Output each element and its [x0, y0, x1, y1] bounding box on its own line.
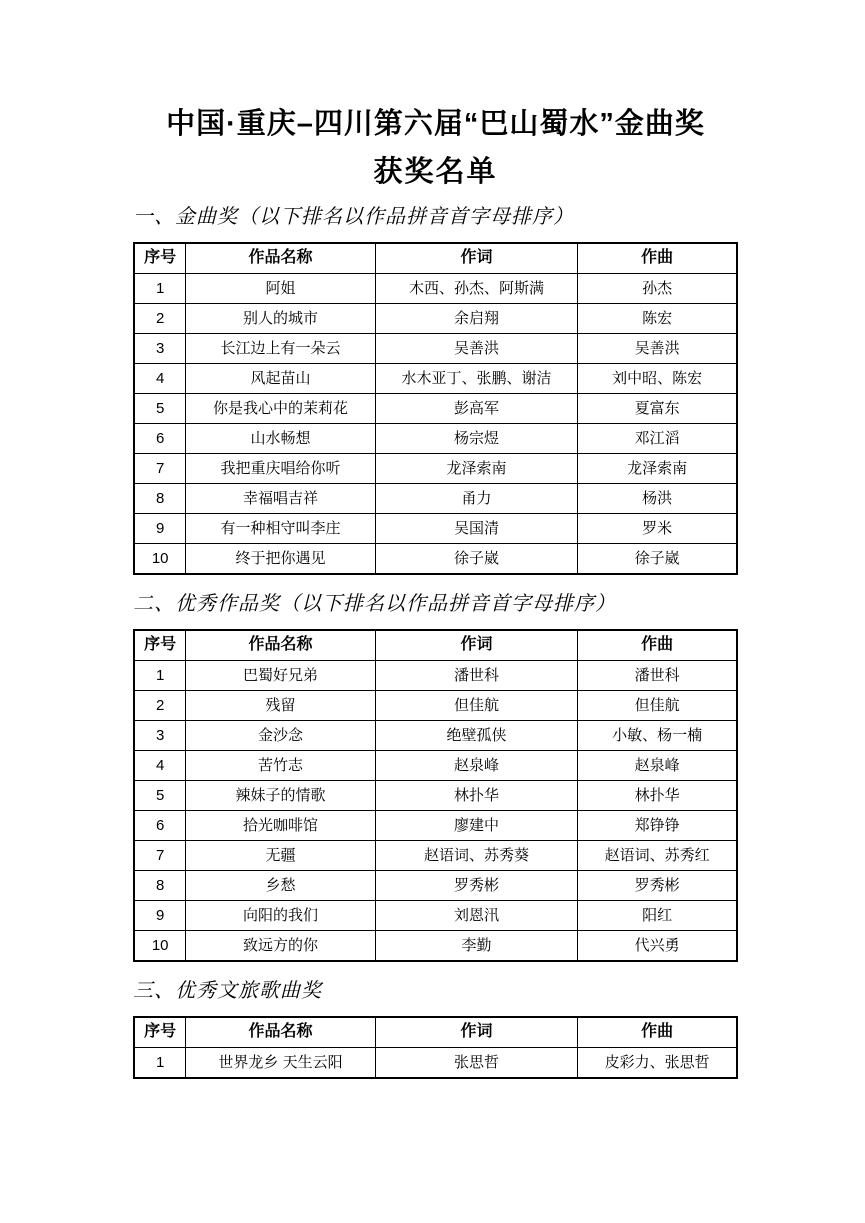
table-cell: 赵语词、苏秀葵	[375, 841, 578, 871]
table-cell: 8	[134, 484, 186, 514]
table-cell: 9	[134, 901, 186, 931]
award-table: 序号作品名称作词作曲 1世界龙乡 天生云阳张思哲皮彩力、张思哲	[133, 1016, 738, 1079]
table-cell: 罗秀彬	[578, 871, 737, 901]
table-cell: 2	[134, 304, 186, 334]
table-cell: 罗秀彬	[375, 871, 578, 901]
table-cell: 长江边上有一朵云	[186, 334, 375, 364]
table-row: 5辣妹子的情歌林扑华林扑华	[134, 781, 737, 811]
table-body: 1巴蜀好兄弟潘世科潘世科2残留但佳航但佳航3金沙念绝壁孤侠小敏、杨一楠4苦竹志赵…	[134, 661, 737, 962]
table-cell: 9	[134, 514, 186, 544]
table-row: 6山水畅想杨宗煜邓江滔	[134, 424, 737, 454]
table-row: 2别人的城市余启翔陈宏	[134, 304, 737, 334]
table-header-cell: 作词	[375, 630, 578, 661]
document-page: 中国·重庆–四川第六届“巴山蜀水”金曲奖 获奖名单 一、金曲奖（以下排名以作品拼…	[0, 0, 865, 1223]
table-cell: 罗米	[578, 514, 737, 544]
section-heading: 一、金曲奖（以下排名以作品拼音首字母排序）	[133, 204, 738, 230]
table-cell: 杨宗煜	[375, 424, 578, 454]
table-cell: 小敏、杨一楠	[578, 721, 737, 751]
award-section: 二、优秀作品奖（以下排名以作品拼音首字母排序） 序号作品名称作词作曲 1巴蜀好兄…	[133, 591, 738, 962]
table-cell: 潘世科	[578, 661, 737, 691]
table-cell: 徐子崴	[578, 544, 737, 575]
table-cell: 林扑华	[375, 781, 578, 811]
table-cell: 吴国清	[375, 514, 578, 544]
table-cell: 你是我心中的茉莉花	[186, 394, 375, 424]
table-header-cell: 作品名称	[186, 630, 375, 661]
table-header-cell: 作品名称	[186, 243, 375, 274]
table-cell: 1	[134, 661, 186, 691]
document-title-line1: 中国·重庆–四川第六届“巴山蜀水”金曲奖	[133, 108, 738, 140]
table-cell: 阳红	[578, 901, 737, 931]
table-row: 7我把重庆唱给你听龙泽索南龙泽索南	[134, 454, 737, 484]
table-cell: 赵语词、苏秀红	[578, 841, 737, 871]
table-cell: 辣妹子的情歌	[186, 781, 375, 811]
table-cell: 幸福唱吉祥	[186, 484, 375, 514]
table-cell: 1	[134, 1048, 186, 1079]
award-table: 序号作品名称作词作曲 1阿姐木西、孙杰、阿斯满孙杰2别人的城市余启翔陈宏3长江边…	[133, 242, 738, 575]
table-cell: 10	[134, 544, 186, 575]
document-title-line2: 获奖名单	[133, 156, 738, 188]
table-row: 1阿姐木西、孙杰、阿斯满孙杰	[134, 274, 737, 304]
table-cell: 余启翔	[375, 304, 578, 334]
table-cell: 乡愁	[186, 871, 375, 901]
table-cell: 无疆	[186, 841, 375, 871]
table-cell: 郑铮铮	[578, 811, 737, 841]
table-cell: 林扑华	[578, 781, 737, 811]
table-row: 3长江边上有一朵云吴善洪吴善洪	[134, 334, 737, 364]
table-cell: 龙泽索南	[578, 454, 737, 484]
table-row: 9向阳的我们刘恩汛阳红	[134, 901, 737, 931]
table-cell: 世界龙乡 天生云阳	[186, 1048, 375, 1079]
table-cell: 拾光咖啡馆	[186, 811, 375, 841]
table-cell: 风起苗山	[186, 364, 375, 394]
award-section: 三、优秀文旅歌曲奖 序号作品名称作词作曲 1世界龙乡 天生云阳张思哲皮彩力、张思…	[133, 978, 738, 1079]
table-cell: 山水畅想	[186, 424, 375, 454]
table-row: 4风起苗山水木亚丁、张鹏、谢洁刘中昭、陈宏	[134, 364, 737, 394]
table-cell: 致远方的你	[186, 931, 375, 962]
table-header-row: 序号作品名称作词作曲	[134, 243, 737, 274]
table-cell: 5	[134, 394, 186, 424]
table-cell: 刘恩汛	[375, 901, 578, 931]
table-cell: 8	[134, 871, 186, 901]
table-cell: 皮彩力、张思哲	[578, 1048, 737, 1079]
table-cell: 别人的城市	[186, 304, 375, 334]
table-cell: 甬力	[375, 484, 578, 514]
table-cell: 邓江滔	[578, 424, 737, 454]
table-header-cell: 作曲	[578, 1017, 737, 1048]
table-cell: 残留	[186, 691, 375, 721]
table-cell: 绝壁孤侠	[375, 721, 578, 751]
table-cell: 终于把你遇见	[186, 544, 375, 575]
table-header-row: 序号作品名称作词作曲	[134, 630, 737, 661]
table-cell: 吴善洪	[578, 334, 737, 364]
table-row: 10致远方的你李勤代兴勇	[134, 931, 737, 962]
table-row: 2残留但佳航但佳航	[134, 691, 737, 721]
table-row: 1巴蜀好兄弟潘世科潘世科	[134, 661, 737, 691]
table-cell: 4	[134, 751, 186, 781]
table-header-cell: 作曲	[578, 630, 737, 661]
table-cell: 赵泉峰	[578, 751, 737, 781]
table-cell: 6	[134, 811, 186, 841]
table-cell: 5	[134, 781, 186, 811]
table-row: 7无疆赵语词、苏秀葵赵语词、苏秀红	[134, 841, 737, 871]
table-cell: 3	[134, 334, 186, 364]
table-cell: 徐子崴	[375, 544, 578, 575]
table-cell: 向阳的我们	[186, 901, 375, 931]
table-row: 6拾光咖啡馆廖建中郑铮铮	[134, 811, 737, 841]
table-body: 1世界龙乡 天生云阳张思哲皮彩力、张思哲	[134, 1048, 737, 1079]
table-cell: 杨洪	[578, 484, 737, 514]
table-header-cell: 作词	[375, 1017, 578, 1048]
table-cell: 彭高军	[375, 394, 578, 424]
table-cell: 7	[134, 454, 186, 484]
table-cell: 阿姐	[186, 274, 375, 304]
table-cell: 龙泽索南	[375, 454, 578, 484]
table-cell: 张思哲	[375, 1048, 578, 1079]
table-cell: 赵泉峰	[375, 751, 578, 781]
table-cell: 但佳航	[375, 691, 578, 721]
table-row: 8乡愁罗秀彬罗秀彬	[134, 871, 737, 901]
table-cell: 刘中昭、陈宏	[578, 364, 737, 394]
table-cell: 3	[134, 721, 186, 751]
table-cell: 廖建中	[375, 811, 578, 841]
table-cell: 木西、孙杰、阿斯满	[375, 274, 578, 304]
table-row: 8幸福唱吉祥甬力杨洪	[134, 484, 737, 514]
table-row: 9有一种相守叫李庄吴国清罗米	[134, 514, 737, 544]
table-row: 3金沙念绝壁孤侠小敏、杨一楠	[134, 721, 737, 751]
table-cell: 孙杰	[578, 274, 737, 304]
table-cell: 李勤	[375, 931, 578, 962]
table-cell: 但佳航	[578, 691, 737, 721]
table-header-cell: 序号	[134, 630, 186, 661]
table-header-cell: 作品名称	[186, 1017, 375, 1048]
table-cell: 7	[134, 841, 186, 871]
sections: 一、金曲奖（以下排名以作品拼音首字母排序） 序号作品名称作词作曲 1阿姐木西、孙…	[133, 204, 738, 1079]
table-header-cell: 作词	[375, 243, 578, 274]
table-cell: 4	[134, 364, 186, 394]
table-header-cell: 序号	[134, 1017, 186, 1048]
table-cell: 1	[134, 274, 186, 304]
table-row: 4苦竹志赵泉峰赵泉峰	[134, 751, 737, 781]
table-cell: 6	[134, 424, 186, 454]
award-section: 一、金曲奖（以下排名以作品拼音首字母排序） 序号作品名称作词作曲 1阿姐木西、孙…	[133, 204, 738, 575]
table-cell: 水木亚丁、张鹏、谢洁	[375, 364, 578, 394]
table-cell: 陈宏	[578, 304, 737, 334]
table-cell: 吴善洪	[375, 334, 578, 364]
table-header-cell: 序号	[134, 243, 186, 274]
table-row: 1世界龙乡 天生云阳张思哲皮彩力、张思哲	[134, 1048, 737, 1079]
table-header-row: 序号作品名称作词作曲	[134, 1017, 737, 1048]
table-cell: 夏富东	[578, 394, 737, 424]
table-cell: 有一种相守叫李庄	[186, 514, 375, 544]
table-cell: 潘世科	[375, 661, 578, 691]
table-cell: 代兴勇	[578, 931, 737, 962]
section-heading: 二、优秀作品奖（以下排名以作品拼音首字母排序）	[133, 591, 738, 617]
table-cell: 金沙念	[186, 721, 375, 751]
table-cell: 10	[134, 931, 186, 962]
table-row: 5你是我心中的茉莉花彭高军夏富东	[134, 394, 737, 424]
table-cell: 我把重庆唱给你听	[186, 454, 375, 484]
table-row: 10终于把你遇见徐子崴徐子崴	[134, 544, 737, 575]
table-cell: 2	[134, 691, 186, 721]
table-header-cell: 作曲	[578, 243, 737, 274]
table-cell: 苦竹志	[186, 751, 375, 781]
award-table: 序号作品名称作词作曲 1巴蜀好兄弟潘世科潘世科2残留但佳航但佳航3金沙念绝壁孤侠…	[133, 629, 738, 962]
section-heading: 三、优秀文旅歌曲奖	[133, 978, 738, 1004]
table-cell: 巴蜀好兄弟	[186, 661, 375, 691]
table-body: 1阿姐木西、孙杰、阿斯满孙杰2别人的城市余启翔陈宏3长江边上有一朵云吴善洪吴善洪…	[134, 274, 737, 575]
